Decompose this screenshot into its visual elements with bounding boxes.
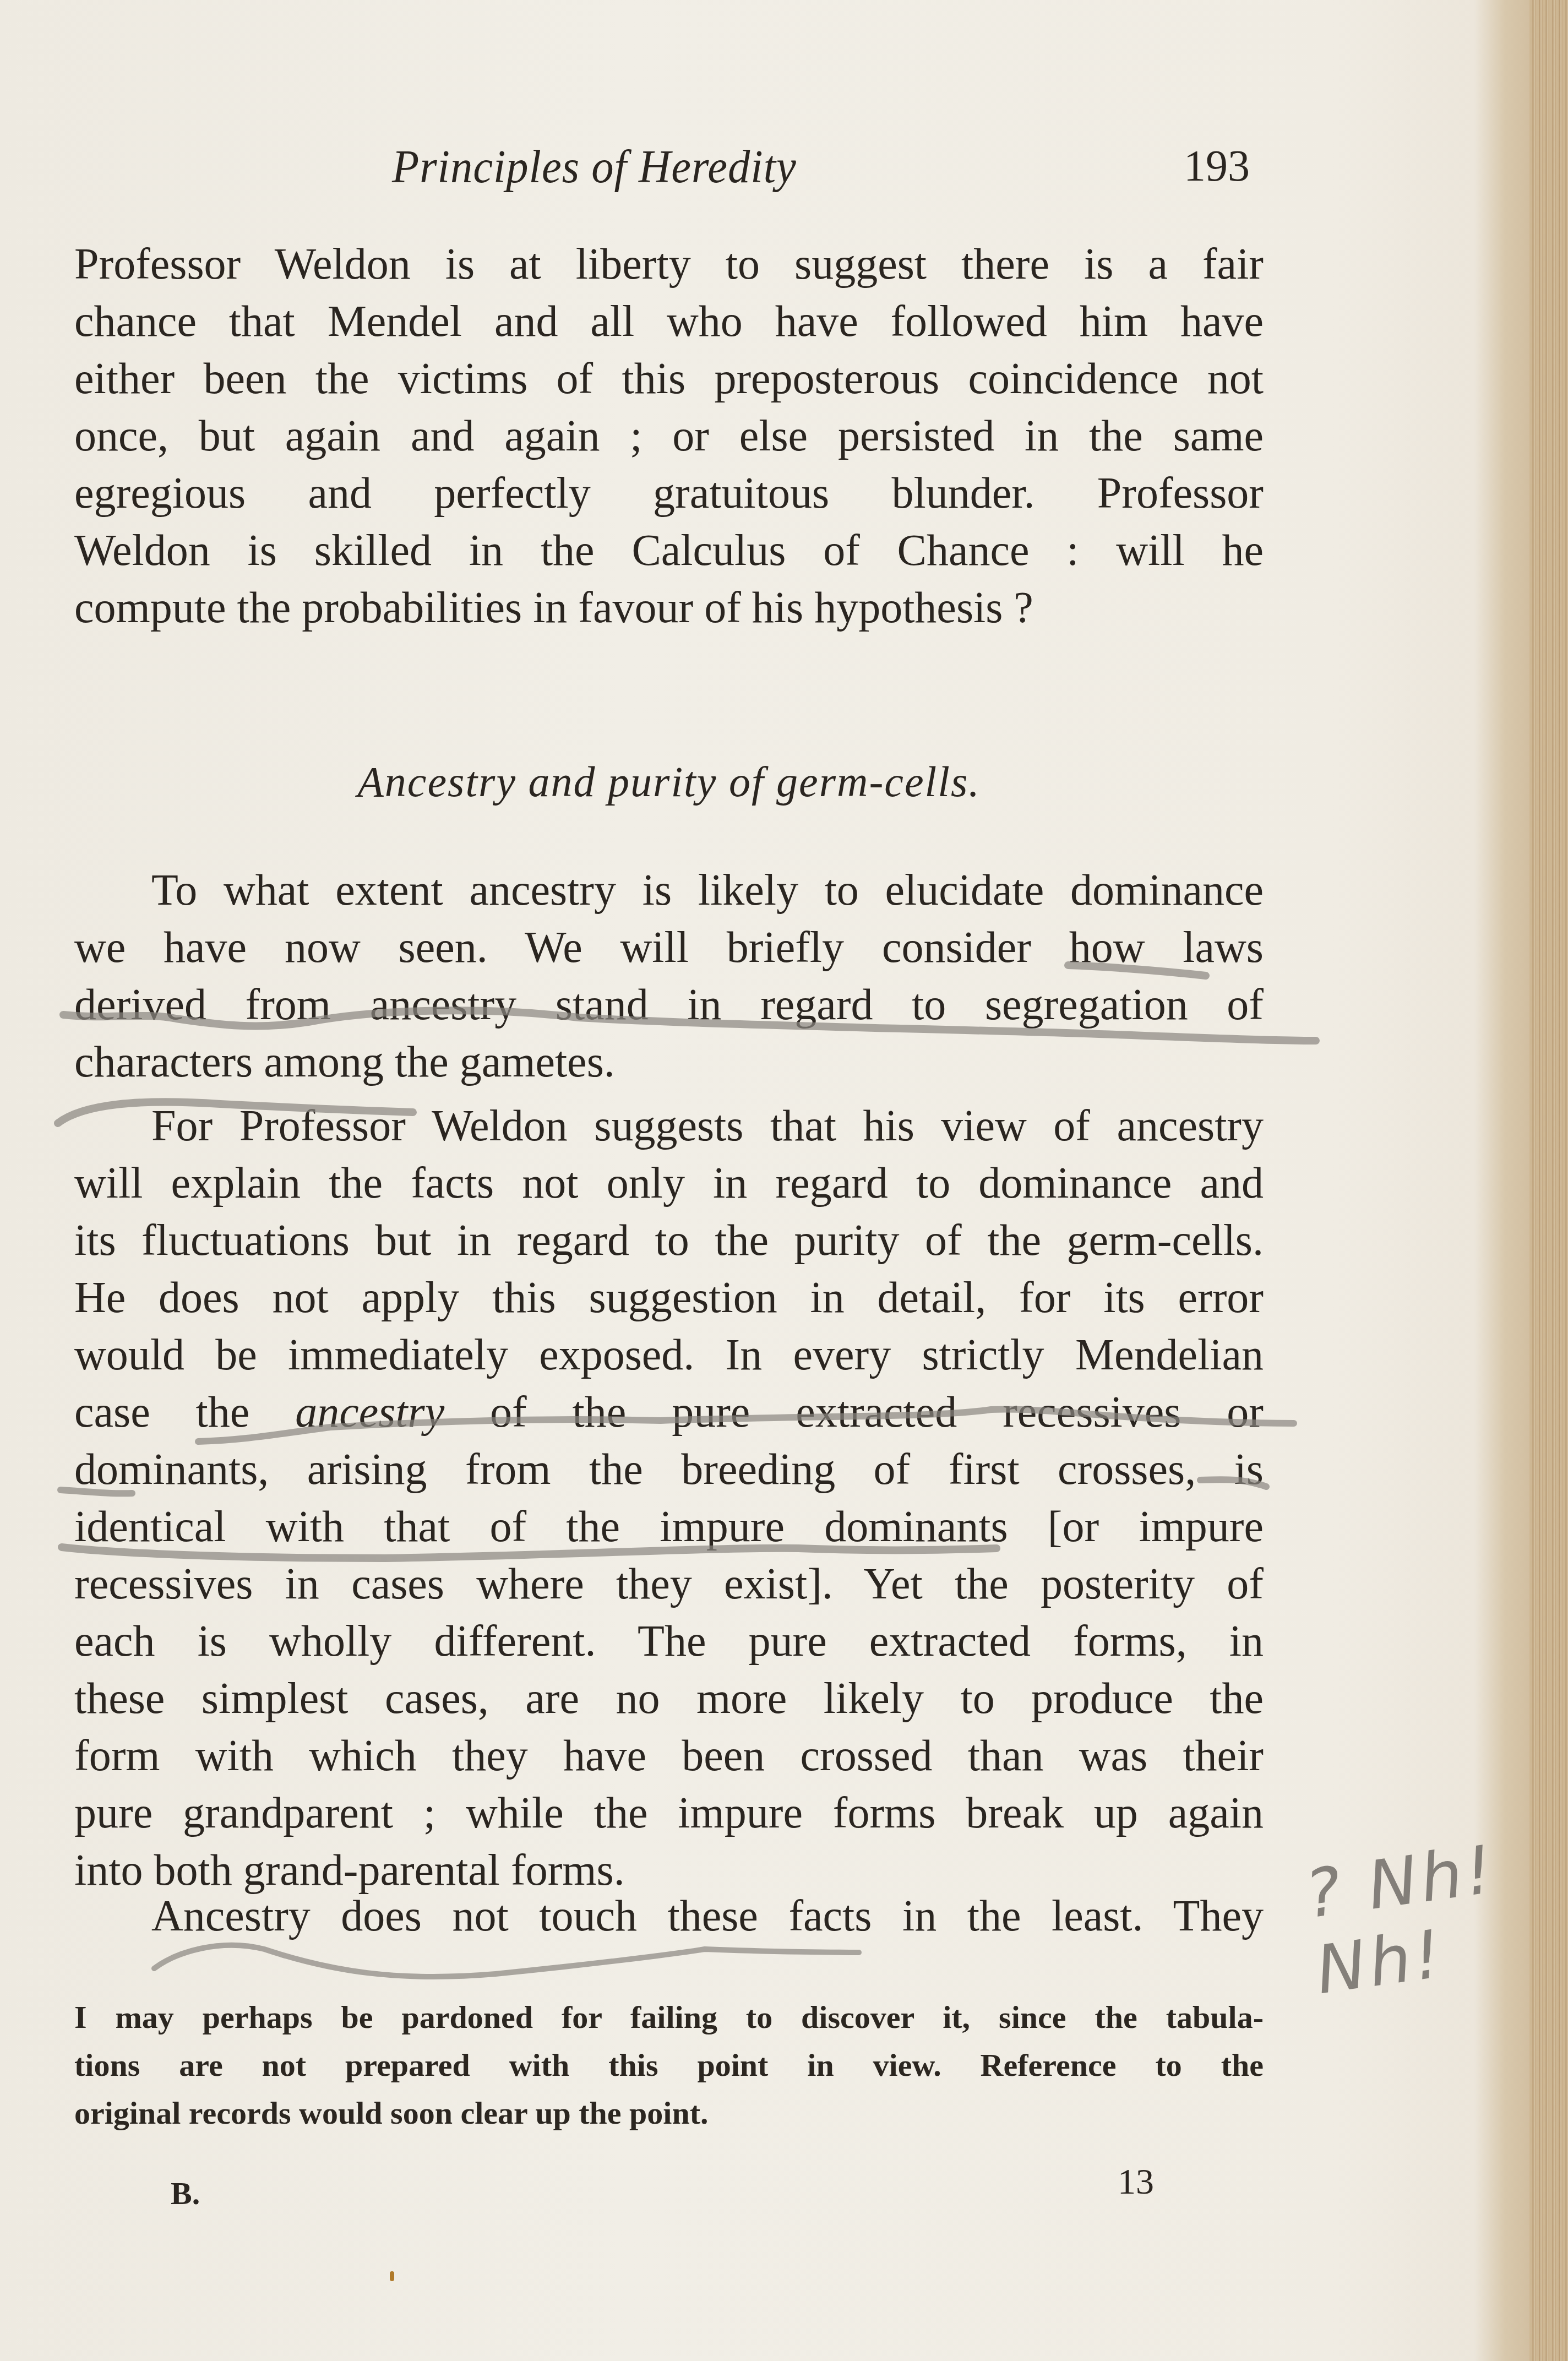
text-line: we have now seen. We will briefly consid… xyxy=(74,919,1264,976)
text-line: each is wholly different. The pure extra… xyxy=(74,1613,1264,1670)
text-line: derived from ancestry stand in regard to… xyxy=(74,976,1264,1033)
text-fragment: of the pure extracted recessives or xyxy=(444,1388,1264,1437)
page-number: 193 xyxy=(1184,142,1250,192)
text-line: either been the victims of this preposte… xyxy=(74,350,1264,407)
text-line: pure grandparent ; while the impure form… xyxy=(74,1785,1264,1842)
text-line: its fluctuations but in regard to the pu… xyxy=(74,1212,1264,1269)
book-page: Principles of Heredity 193 Professor Wel… xyxy=(0,0,1568,2361)
section-heading: Ancestry and purity of germ-cells. xyxy=(0,757,1338,807)
text-line: would be immediately exposed. In every s… xyxy=(74,1326,1264,1384)
text-line: characters among the gametes. xyxy=(74,1033,1264,1091)
text-line-with-italic: case the ancestry of the pure extracted … xyxy=(74,1384,1264,1441)
text-line: identical with that of the impure domina… xyxy=(74,1498,1264,1555)
page-edge-stack xyxy=(1529,0,1568,2361)
paragraph-3: For Professor Weldon suggests that his v… xyxy=(74,1097,1264,1899)
footnote: I may perhaps be pardoned for failing to… xyxy=(74,1993,1264,2137)
text-line: these simplest cases, are no more likely… xyxy=(74,1670,1264,1727)
text-line: chance that Mendel and all who have foll… xyxy=(74,293,1264,350)
text-line: Weldon is skilled in the Calculus of Cha… xyxy=(74,522,1264,579)
running-title: Principles of Heredity xyxy=(392,140,797,194)
running-head: Principles of Heredity 193 xyxy=(0,140,1568,195)
text-line: will explain the facts not only in regar… xyxy=(74,1155,1264,1212)
italic-word-ancestry: ancestry xyxy=(295,1388,444,1437)
footnote-line: tions are not prepared with this point i… xyxy=(74,2041,1264,2089)
handwritten-pencil-annotation: ? Nh! Nh! xyxy=(1301,1822,1568,2009)
text-line: form with which they have been crossed t… xyxy=(74,1727,1264,1785)
signature-number: 13 xyxy=(1118,2161,1154,2203)
text-line: compute the probabilities in favour of h… xyxy=(74,579,1264,637)
text-line: dominants, arising from the breeding of … xyxy=(74,1441,1264,1498)
text-fragment: case the xyxy=(74,1388,295,1437)
text-line: Professor Weldon is at liberty to sugges… xyxy=(74,236,1264,293)
text-line: He does not apply this suggestion in det… xyxy=(74,1269,1264,1326)
paragraph-2: To what extent ancestry is likely to elu… xyxy=(74,862,1264,1091)
footnote-line: I may perhaps be pardoned for failing to… xyxy=(74,1993,1264,2041)
footnote-line: original records would soon clear up the… xyxy=(74,2089,1264,2137)
text-line: egregious and perfectly gratuitous blund… xyxy=(74,465,1264,522)
text-line: recessives in cases where they exist]. Y… xyxy=(74,1555,1264,1613)
paper-speck xyxy=(390,2271,394,2281)
paragraph-1: Professor Weldon is at liberty to sugges… xyxy=(74,236,1264,637)
text-line: once, but again and again ; or else pers… xyxy=(74,407,1264,465)
text-line: For Professor Weldon suggests that his v… xyxy=(74,1097,1264,1155)
signature-mark: B. xyxy=(171,2175,200,2212)
text-line: Ancestry does not touch these facts in t… xyxy=(74,1887,1264,1945)
text-line: To what extent ancestry is likely to elu… xyxy=(74,862,1264,919)
paragraph-4: Ancestry does not touch these facts in t… xyxy=(74,1887,1264,1945)
